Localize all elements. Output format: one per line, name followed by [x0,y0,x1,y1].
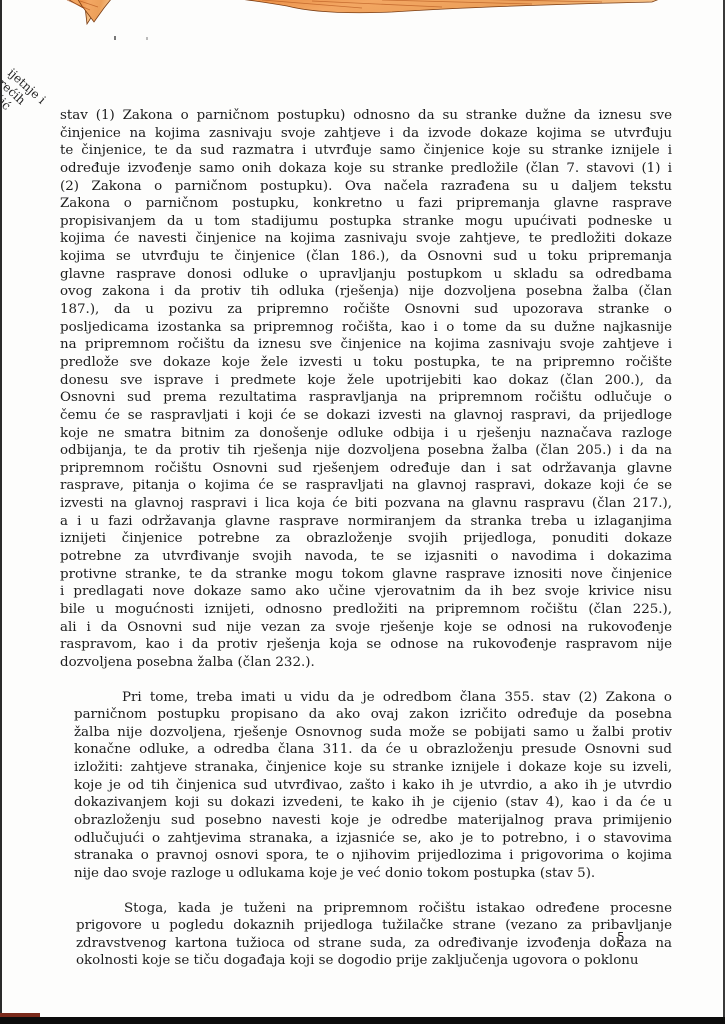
text-line: nije dao svoje razloge u odlukama koje j… [74,865,672,883]
text-line: te činjenice, te da sud razmatra i utvrđ… [60,142,672,160]
paragraph-gap [60,672,672,689]
text-line: odbijanja, te da protiv tih rješenja nij… [60,442,672,460]
text-line: ali i da Osnovni sud nije vezan za svoje… [60,619,672,637]
text-line: činjenice na kojima zasnivaju svoje zaht… [60,125,672,143]
text-line: Pri tome, treba imati u vidu da je odred… [74,689,672,707]
text-line: rasprave, pitanja o kojima će se rasprav… [60,477,672,495]
text-line: predlože sve dokaze koje žele izvesti u … [60,354,672,372]
paper-speck [146,37,148,40]
paragraph: Pri tome, treba imati u vidu da je odred… [74,689,672,883]
text-line: stav (1) Zakona o parničnom postupku) od… [60,107,672,125]
scan-bottom-border [0,1017,725,1024]
text-line: konačne odluke, a odredba člana 311. da … [74,741,672,759]
text-line: protivne stranke, te da stranke mogu tok… [60,566,672,584]
paragraph: stav (1) Zakona o parničnom postupku) od… [60,107,672,672]
text-line: donesu sve isprave i predmete koje žele … [60,372,672,390]
text-line: kojima će navesti činjenice na kojima za… [60,230,672,248]
text-line: ovog zakona i da protiv tih odluka (rješ… [60,283,672,301]
text-line: propisivanjem da u tom stadijumu postupk… [60,213,672,231]
paragraph: Stoga, kada je tuženi na pripremnom roči… [76,900,672,971]
text-line: (2) Zakona o parničnom postupku). Ova na… [60,178,672,196]
text-line: Zakona o parničnom postupku, konkretno u… [60,195,672,213]
text-line: izvesti na glavnoj raspravi i lica koja … [60,495,672,513]
text-line: obrazloženju sud posebno navesti koje je… [74,812,672,830]
text-line: dozvoljena posebna žalba (član 232.). [60,654,672,672]
text-line: zdravstvenog kartona tužioca od strane s… [76,935,672,953]
page-number: 5 [617,930,625,944]
text-line: određuje izvođenje samo onih dokaza koje… [60,160,672,178]
text-line: parničnom postupku propisano da ako ovaj… [74,706,672,724]
text-line: čemu će se raspravljati i koji će se dok… [60,407,672,425]
paper-speck [114,36,116,40]
text-line: glavne rasprave donosi odluke o upravlja… [60,266,672,284]
document-body: stav (1) Zakona o parničnom postupku) od… [60,107,672,970]
document-page: ijetnje i rećih ašić i stav (1) Zakona o… [2,0,723,1017]
text-line: raspravom, kao i da protiv rješenja koja… [60,636,672,654]
text-line: Osnovni sud prema rezultatima raspravlja… [60,389,672,407]
text-line: Stoga, kada je tuženi na pripremnom roči… [76,900,672,918]
text-line: koje ne smatra bitnim za donošenje odluk… [60,425,672,443]
text-line: kojima se utvrđuju te činjenice (član 18… [60,248,672,266]
text-line: i predlagati nove dokaze samo ako učine … [60,583,672,601]
text-line: koje je od tih činjenica sud utvrđivao, … [74,777,672,795]
text-line: 187.), da u pozivu za pripremno ročište … [60,301,672,319]
paragraph-gap [60,883,672,900]
text-line: izložiti: zahtjeve stranaka, činjenice k… [74,759,672,777]
text-line: a i u fazi održavanja glavne rasprave no… [60,513,672,531]
text-line: bile u mogućnosti iznijeti, odnosno pred… [60,601,672,619]
text-line: na pripremnom ročištu da iznesu sve činj… [60,336,672,354]
wooden-object-top-edge [62,0,662,28]
text-line: okolnosti koje se tiču događaja koji se … [76,952,672,970]
text-line: odlučujući o zahtjevima stranaka, a izja… [74,830,672,848]
text-line: stranaka o pravnoj osnovi spora, te o nj… [74,847,672,865]
text-line: pripremnom ročištu Osnovni sud rješenjem… [60,460,672,478]
text-line: dokazivanjem koji su dokazi izvedeni, te… [74,794,672,812]
text-line: potrebne za utvrđivanje svojih navoda, t… [60,548,672,566]
text-line: žalba nije dozvoljena, rješenje Osnovnog… [74,724,672,742]
scan-left-edge [0,0,2,1017]
text-line: posljedicama izostanka sa pripremnog roč… [60,319,672,337]
text-line: iznijeti činjenice potrebne za obrazlože… [60,530,672,548]
text-line: prigovore u pogledu dokaznih prijedloga … [76,917,672,935]
